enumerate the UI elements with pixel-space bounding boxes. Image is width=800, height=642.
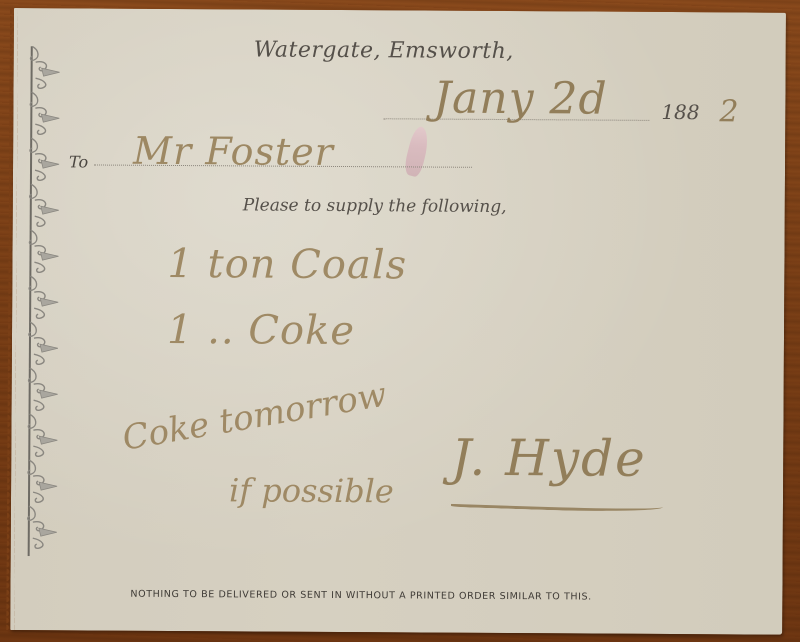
order-item-coke: 1 .. Coke: [167, 307, 355, 354]
printed-to-label: To: [69, 152, 88, 171]
paper-stain-mark: [402, 125, 432, 178]
signature-flourish: [451, 496, 663, 514]
handwritten-addressee: Mr Foster: [133, 129, 334, 174]
printed-address-heading: Watergate, Emsworth,: [254, 37, 514, 64]
ornamental-border-icon: [23, 46, 66, 556]
handwritten-date: Jany 2d: [433, 73, 608, 125]
perforated-edge: [6, 8, 18, 630]
printed-year-prefix: 188: [661, 100, 699, 124]
handwritten-note-line2: if possible: [229, 471, 394, 510]
signature: J. Hyde: [451, 429, 647, 488]
handwritten-note-line1: Coke tomorrow: [120, 375, 390, 459]
order-form-paper: Watergate, Emsworth, Jany 2d 188 2 To Mr…: [10, 8, 786, 635]
printed-instruction: Please to supply the following,: [243, 195, 507, 217]
printed-footer-notice: NOTHING TO BE DELIVERED OR SENT IN WITHO…: [130, 589, 591, 603]
order-item-coals: 1 ton Coals: [167, 241, 407, 288]
handwritten-year-digit: 2: [719, 94, 738, 129]
